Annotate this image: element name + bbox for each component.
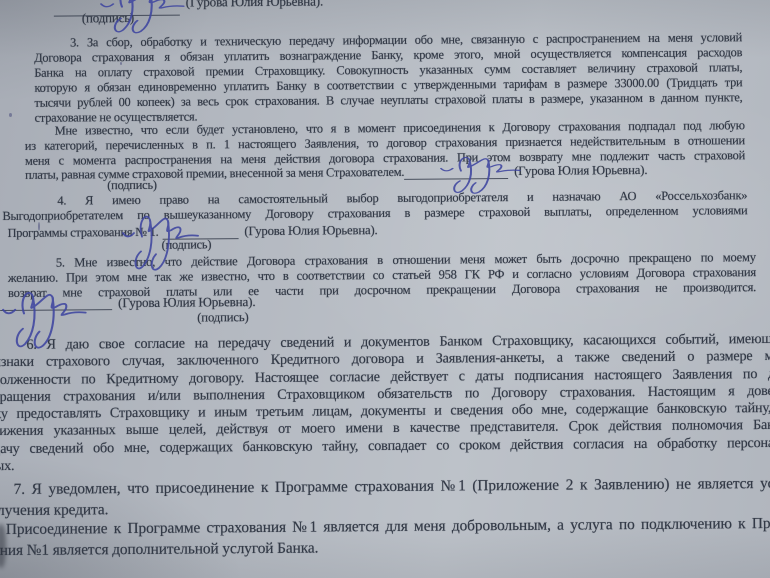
document-text-layer: (Гурова Юлия Юрьевна). (подпись) 3. За с… [0,0,770,578]
signature-caption: (подпись) [82,10,134,26]
ink-speck [38,222,40,231]
signatory-name: (Гурова Юлия Юрьевна). [180,0,324,16]
signatory-name: (Гурова Юлия Юрьевна). [112,294,255,310]
signatory-name: (Гурова Юлия Юрьевна). [238,223,377,239]
signature-caption: (подпись) [107,178,157,193]
signature-row-5: (Гурова Юлия Юрьевна). [0,293,255,311]
paragraph-notice: Мне известно, что если будет установлено… [25,118,745,169]
signature-line-text: Программы страхования № 1. [7,225,158,241]
signature-caption: (подпись) [162,237,212,252]
paragraph-4: 4. Я имею право на самостоятельный выбор… [2,188,747,224]
ink-speck [9,113,12,117]
signature-underline [0,294,112,311]
paragraph-7-continued: Присоединение к Программе страхования №1… [0,514,770,561]
paragraph-3: 3. За сбор, обработку и техническую пере… [34,30,743,126]
signature-underline [404,164,508,180]
paragraph-6: 6. Я даю свое согласие на передачу сведе… [0,331,770,476]
ink-speck [120,62,122,65]
document-photo: (Гурова Юлия Юрьевна). (подпись) 3. За с… [0,0,770,578]
signature-caption: (подпись) [197,310,248,325]
signatory-name: (Гурова Юлия Юрьевна). [508,163,647,179]
signature-line-text: платы, равная сумме страховой премии, вн… [25,165,404,183]
